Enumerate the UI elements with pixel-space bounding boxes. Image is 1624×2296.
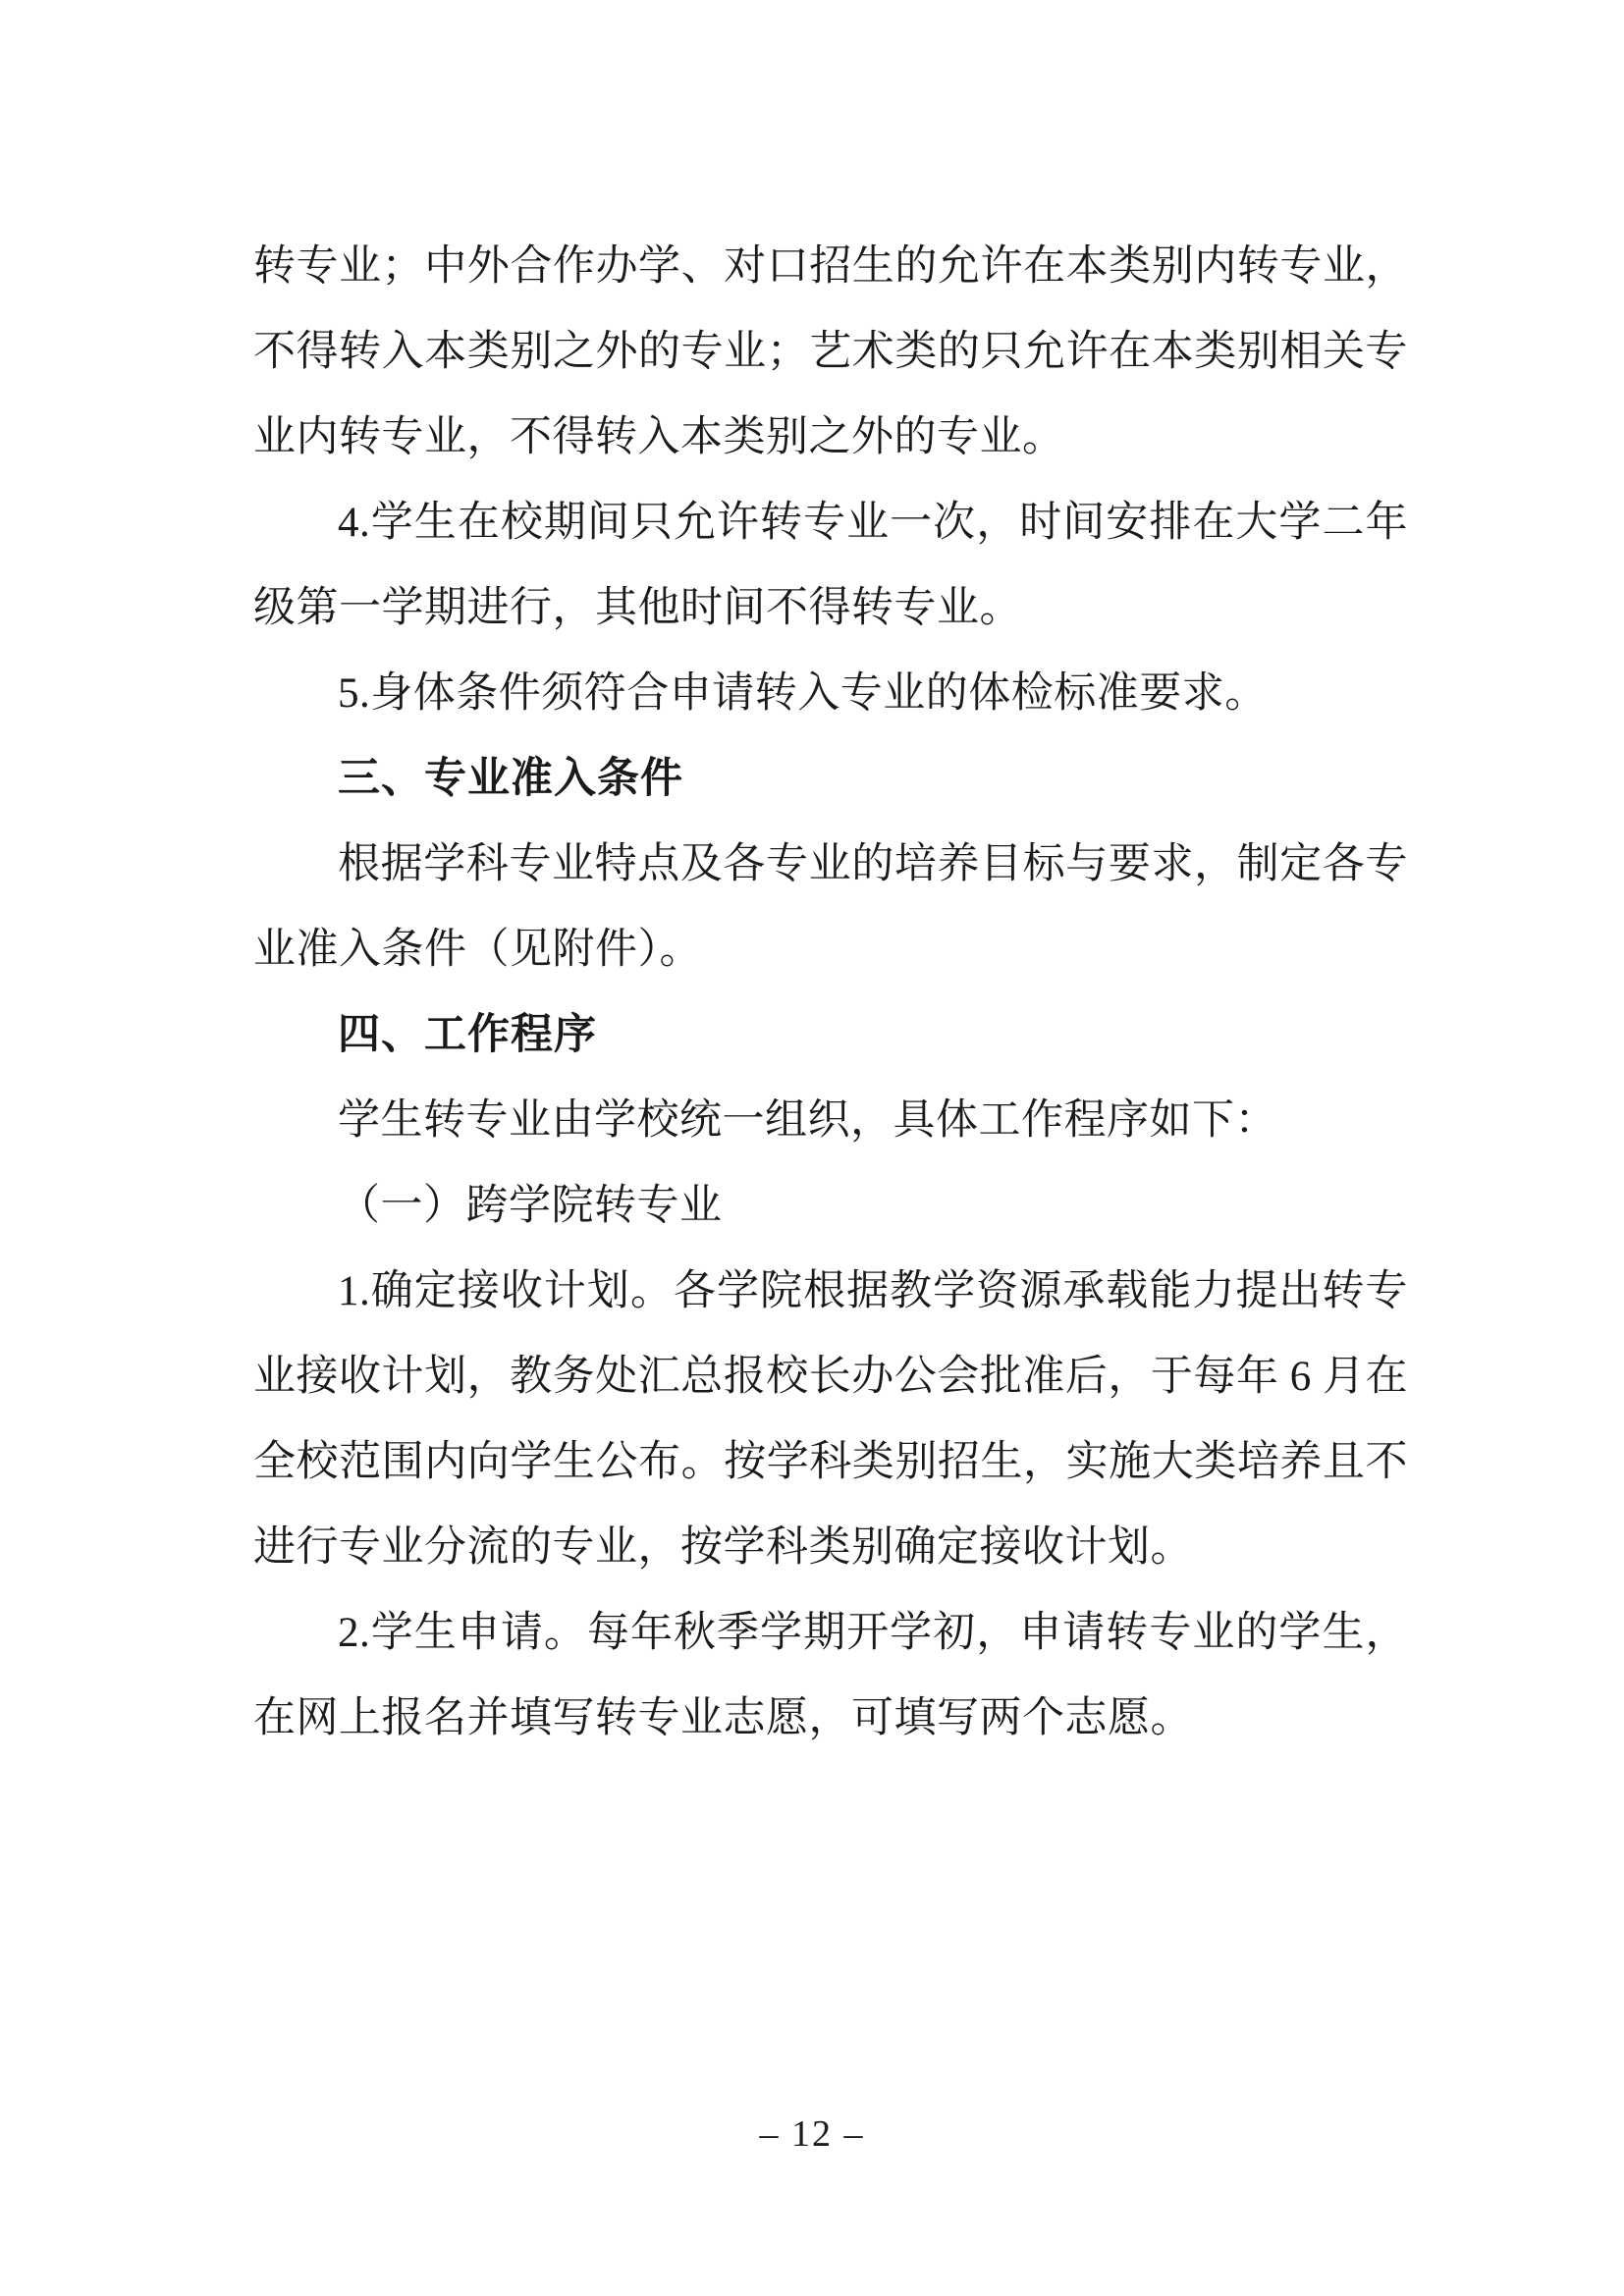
- paragraph-subsection-1: （一）跨学院转专业: [253, 1163, 1408, 1249]
- paragraph-item-5: 5.身体条件须符合申请转入专业的体检标准要求。: [253, 651, 1408, 736]
- section-heading-3: 三、专业准入条件: [253, 736, 1408, 822]
- paragraph-procedure-intro: 学生转专业由学校统一组织，具体工作程序如下：: [253, 1078, 1408, 1163]
- document-page: 转专业；中外合作办学、对口招生的允许在本类别内转专业，不得转入本类别之外的专业；…: [0, 0, 1624, 2296]
- paragraph-continuation: 转专业；中外合作办学、对口招生的允许在本类别内转专业，不得转入本类别之外的专业；…: [253, 224, 1408, 480]
- document-body: 转专业；中外合作办学、对口招生的允许在本类别内转专业，不得转入本类别之外的专业；…: [253, 224, 1408, 1761]
- paragraph-admission-criteria: 根据学科专业特点及各专业的培养目标与要求，制定各专业准入条件（见附件）。: [253, 822, 1408, 992]
- section-heading-4: 四、工作程序: [253, 992, 1408, 1078]
- page-number: – 12 –: [0, 2110, 1624, 2158]
- paragraph-item-4: 4.学生在校期间只允许转专业一次，时间安排在大学二年级第一学期进行，其他时间不得…: [253, 480, 1408, 651]
- paragraph-step-2: 2.学生申请。每年秋季学期开学初，申请转专业的学生，在网上报名并填写转专业志愿，…: [253, 1590, 1408, 1761]
- paragraph-step-1: 1.确定接收计划。各学院根据教学资源承载能力提出转专业接收计划，教务处汇总报校长…: [253, 1249, 1408, 1590]
